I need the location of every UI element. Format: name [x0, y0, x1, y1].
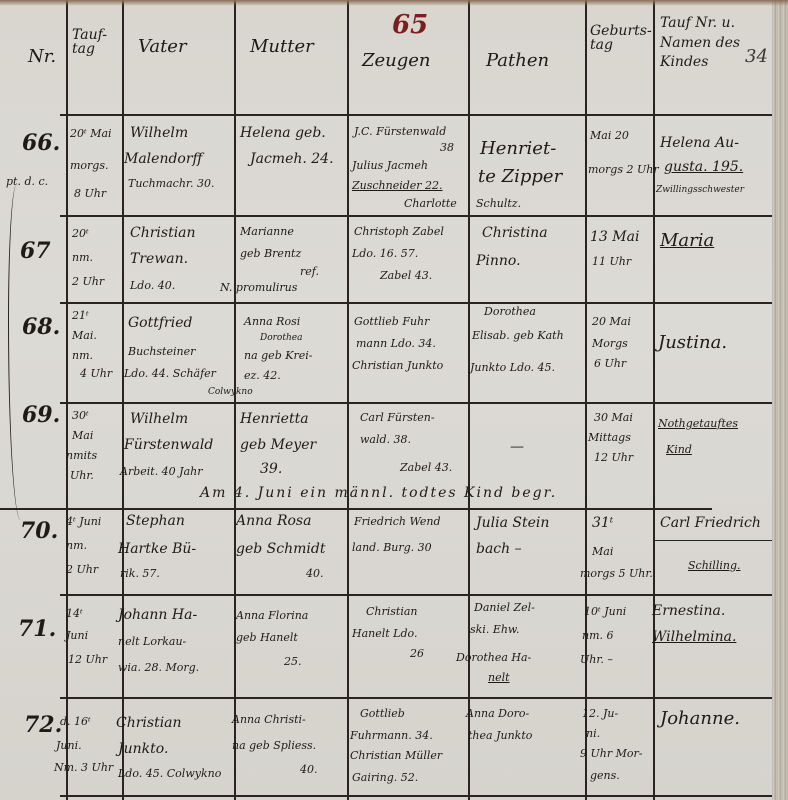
page-number: 65	[392, 12, 428, 38]
row-68-geburt-3: 6 Uhr	[594, 358, 626, 369]
row-69-geburt-1: 30 Mai	[594, 412, 633, 423]
row-70-geburt-2: Mai	[592, 546, 613, 557]
row-67-nr: 67	[20, 240, 51, 262]
row-68-vater-3: Ldo. 44. Schäfer	[124, 368, 216, 379]
row-69-vater-2: Fürstenwald	[124, 438, 213, 452]
row-70-pathen-2: bach –	[476, 542, 522, 556]
row-70-zeugen-1: Friedrich Wend	[354, 516, 441, 527]
row-67-zeugen-1: Christoph Zabel	[354, 226, 444, 237]
row-72-mutter-3: 40.	[300, 764, 318, 775]
row-72-pathen-2: thea Junkto	[468, 730, 532, 741]
book-page-edge	[772, 0, 788, 800]
row-72-zeugen-2: Fuhrmann. 34.	[350, 730, 433, 741]
margin-bracket	[8, 185, 29, 520]
row-72-name: Johanne.	[660, 710, 740, 728]
row-71-mutter-2: geb Hanelt	[236, 632, 298, 643]
row-71-geburt-1: 10ᵗ Juni	[584, 606, 626, 617]
row-72-zeugen-1: Gottlieb	[360, 708, 405, 719]
column-rule-nr-taufe	[66, 0, 68, 800]
row-67-vater-2: Trewan.	[130, 252, 188, 266]
row-66-pathen-3: Schultz.	[476, 198, 521, 209]
row-68-mutter-1: Anna Rosi	[244, 316, 300, 327]
row-72-vater-1: Christian	[116, 716, 182, 730]
row-66-vater-3: Tuchmachr. 30.	[128, 178, 214, 189]
row-67-pathen-1: Christina	[482, 226, 548, 240]
row-68-name: Justina.	[658, 334, 727, 352]
row-66-nr: 66.	[22, 132, 60, 154]
row-67-geburt-2: 11 Uhr	[592, 256, 631, 267]
row-66-mutter-2: Jacmeh. 24.	[250, 152, 334, 166]
row-71-name-1: Ernestina.	[652, 604, 725, 618]
row-71-taufe-1: 14ᵗ	[66, 608, 83, 619]
row-72-vater-2: Junkto.	[118, 742, 168, 756]
row-66-zeugen-1: J.C. Fürstenwald	[354, 126, 446, 137]
row-72-mutter-1: Anna Christi-	[232, 714, 306, 725]
row-69-mutter-1: Henrietta	[240, 412, 309, 426]
row-70-name-1: Carl Friedrich	[660, 516, 761, 530]
row-66-zeugen-3: Julius Jacmeh	[352, 160, 428, 171]
row-68-vater-2: Buchsteiner	[128, 346, 195, 357]
row-69-zeugen-2: wald. 38.	[360, 434, 411, 445]
row-69-taufe-2: Mai	[72, 430, 93, 441]
row-68-geburt-2: Morgs	[592, 338, 628, 349]
row-68-zeugen-1: Gottlieb Fuhr	[354, 316, 429, 327]
row-68-taufe-1: 21ᵗ	[72, 310, 89, 321]
row-67-name: Maria	[660, 232, 714, 250]
row-72-geburt-4: gens.	[590, 770, 620, 781]
row-70-taufe-3: 2 Uhr	[66, 564, 98, 575]
row-71-pathen-2: ski. Ehw.	[470, 624, 520, 635]
row-72-geburt-3: 9 Uhr Mor-	[580, 748, 642, 759]
header-zeugen: Zeugen	[362, 52, 431, 70]
row-71-pathen-4: nelt	[488, 672, 510, 683]
row-71-mutter-1: Anna Florina	[236, 610, 308, 621]
row-66-name-1: Helena Au-	[660, 136, 739, 150]
row-70-vater-1: Stephan	[126, 514, 185, 528]
row-69-name-1: Nothgetauftes	[658, 418, 738, 429]
row-66-taufe-1: 20ᵗ Mai	[70, 128, 112, 139]
row-71-vater-1: Johann Ha-	[118, 608, 197, 622]
row-66-zeugen-5: Charlotte	[404, 198, 457, 209]
top-binding-shadow	[0, 0, 788, 6]
row-72-taufe-1: d. 16ᵗ	[60, 716, 91, 727]
column-rule-taufe-vater	[122, 0, 124, 800]
row-70-zeugen-2: land. Burg. 30	[352, 542, 432, 553]
header-nr: Nr.	[28, 48, 56, 66]
row-68-mutter-2: Dorothea	[260, 334, 302, 343]
row-66-taufe-2: morgs.	[70, 160, 109, 171]
row-68-vater-1: Gottfried	[128, 316, 192, 330]
column-rule-mutter-zeugen	[347, 0, 349, 800]
row-67-vater-1: Christian	[130, 226, 196, 240]
row-67-mutter-3: ref.	[300, 266, 319, 277]
row-68-zeugen-3: Christian Junkto	[352, 360, 443, 371]
row-70-geburt-3: morgs 5 Uhr.	[580, 568, 653, 579]
row-66-zeugen-4: Zuschneider 22.	[352, 180, 443, 191]
row-68-pathen-3: Junkto Ldo. 45.	[470, 362, 555, 373]
register-page: Nr. Tauf-tag Vater Mutter 65 Zeugen Path…	[0, 0, 772, 800]
row-69-taufe-1: 30ᵗ	[72, 410, 89, 421]
row-70-name-2: Schilling.	[688, 560, 740, 571]
row-66-name-2: gusta. 195.	[664, 160, 743, 174]
row-70-mutter-1: Anna Rosa	[236, 514, 311, 528]
row-68-nr: 68.	[22, 316, 60, 338]
row-72-zeugen-4: Gairing. 52.	[352, 772, 418, 783]
row-70-mutter-3: 40.	[306, 568, 324, 579]
row-66-pathen-2: te Zipper	[478, 168, 562, 186]
row-72-taufe-3: Nm. 3 Uhr	[54, 762, 113, 773]
row-66-pathen-1: Henriet-	[480, 140, 556, 158]
row-72-geburt-1: 12. Ju-	[582, 708, 618, 719]
row-69-pathen: —	[510, 440, 524, 454]
header-pathen: Pathen	[486, 52, 549, 70]
row-66-mutter-1: Helena geb.	[240, 126, 326, 140]
header-taufe: Tauf-tag	[72, 28, 118, 56]
row-72-pathen-1: Anna Doro-	[466, 708, 529, 719]
row-71-mutter-3: 25.	[284, 656, 302, 667]
row-67-taufe-1: 20ᵗ	[72, 228, 89, 239]
row-70-taufe-2: nm.	[66, 540, 87, 551]
row-68-taufe-3: nm.	[72, 350, 93, 361]
row-71-nr: 71.	[18, 618, 56, 640]
row-71-zeugen-1: Christian	[366, 606, 418, 617]
row-71-vater-2: nelt Lorkau-	[118, 636, 186, 647]
row-67-zeugen-3: Zabel 43.	[380, 270, 432, 281]
row-71-taufe-2: Juni	[66, 630, 88, 641]
row-72-geburt-2: ni.	[586, 728, 600, 739]
row-67-pathen-2: Pinno.	[476, 254, 521, 268]
column-rule-geburt-name	[653, 0, 655, 800]
margin-note-66: pt. d. c.	[6, 176, 48, 187]
row-67-vater-3: Ldo. 40.	[130, 280, 175, 291]
row-67-mutter-1: Marianne	[240, 226, 294, 237]
row-66-geburt-1: Mai 20	[590, 130, 629, 141]
row-69-mutter-3: 39.	[260, 462, 282, 476]
row-72-taufe-2: Juni.	[56, 740, 82, 751]
row-69-taufe-3: nmits	[66, 450, 97, 461]
row-69-vater-3: Arbeit. 40 Jahr	[120, 466, 203, 477]
row-66-taufe-3: 8 Uhr	[74, 188, 106, 199]
row-68-zeugen-2: mann Ldo. 34.	[356, 338, 436, 349]
row-67-geburt-1: 13 Mai	[590, 230, 639, 244]
row-71-pathen-3: Dorothea Ha-	[456, 652, 531, 663]
header-geburtstag: Geburts-tag	[590, 24, 650, 52]
row-rule-69	[0, 508, 712, 510]
row-72-mutter-2: na geb Spliess.	[232, 740, 316, 751]
row-70-pathen-1: Julia Stein	[476, 516, 549, 530]
row-69-name-2: Kind	[666, 444, 692, 455]
row-71-zeugen-3: 26	[410, 648, 424, 659]
row-66-vater-2: Malendorff	[124, 152, 202, 166]
row-70-vater-3: rik. 57.	[120, 568, 160, 579]
row-71-zeugen-2: Hanelt Ldo.	[352, 628, 417, 639]
row-70-vater-2: Hartke Bü-	[118, 542, 196, 556]
row-67-taufe-3: 2 Uhr	[72, 276, 104, 287]
row-68-taufe-2: Mai.	[72, 330, 97, 341]
row-68-taufe-4: 4 Uhr	[80, 368, 112, 379]
row-67-zeugen-2: Ldo. 16. 57.	[352, 248, 418, 259]
row-rule-70	[60, 594, 772, 596]
row-69-geburt-2: Mittags	[588, 432, 631, 443]
row-66-vater-1: Wilhelm	[130, 126, 188, 140]
column-rule-pathen-geburt	[585, 0, 587, 800]
name-subrule-70	[653, 540, 772, 541]
row-69-footnote: Am 4. Juni ein männl. todtes Kind begr.	[200, 486, 557, 500]
row-69-zeugen-1: Carl Fürsten-	[360, 412, 435, 423]
row-68-geburt-1: 20 Mai	[592, 316, 631, 327]
row-72-zeugen-3: Christian Müller	[350, 750, 442, 761]
row-rule-header	[60, 114, 772, 116]
row-71-geburt-2: nm. 6	[582, 630, 614, 641]
row-rule-68	[60, 402, 772, 404]
row-69-zeugen-3: Zabel 43.	[400, 462, 452, 473]
row-71-geburt-3: Uhr. –	[580, 654, 613, 665]
row-66-geburt-2: morgs 2 Uhr	[588, 164, 659, 175]
row-68-mutter-4: ez. 42.	[244, 370, 281, 381]
row-69-geburt-3: 12 Uhr	[594, 452, 633, 463]
row-68-mutter-3: na geb Krei-	[244, 350, 312, 361]
row-67-mutter-2: geb Brentz	[240, 248, 301, 259]
row-70-geburt-1: 31ᵗ	[592, 516, 613, 530]
row-69-vater-1: Wilhelm	[130, 412, 188, 426]
row-71-pathen-1: Daniel Zel-	[474, 602, 535, 613]
row-70-taufe-1: 4ᵗ Juni	[66, 516, 101, 527]
row-69-nr: 69.	[22, 404, 60, 426]
row-68-pathen-2: Elisab. geb Kath	[472, 330, 564, 341]
row-72-nr: 72.	[24, 714, 62, 736]
row-66-zeugen-2: 38	[440, 142, 454, 153]
row-68-vater-note: Colwykno	[208, 388, 253, 397]
row-67-vater-note: N. promulirus	[220, 282, 297, 293]
header-mutter: Mutter	[250, 38, 314, 56]
row-71-vater-3: wia. 28. Morg.	[118, 662, 199, 673]
row-66-name-3: Zwillingsschwester	[656, 186, 744, 195]
row-69-mutter-2: geb Meyer	[240, 438, 316, 452]
row-72-vater-3: Ldo. 45. Colwykno	[118, 768, 221, 779]
row-rule-66	[60, 215, 772, 217]
row-67-taufe-2: nm.	[72, 252, 93, 263]
row-rule-67	[60, 302, 772, 304]
row-68-pathen-1: Dorothea	[484, 306, 536, 317]
row-69-taufe-4: Uhr.	[70, 470, 94, 481]
row-rule-71	[60, 697, 772, 699]
row-rule-72	[60, 795, 772, 797]
row-70-nr: 70.	[20, 520, 58, 542]
row-70-mutter-2: geb Schmidt	[236, 542, 325, 556]
header-vater: Vater	[138, 38, 187, 56]
column-rule-vater-mutter	[234, 0, 236, 800]
row-71-name-2: Wilhelmina.	[652, 630, 736, 644]
corner-note: 34	[745, 48, 768, 66]
row-71-taufe-3: 12 Uhr	[68, 654, 107, 665]
column-rule-zeugen-pathen	[468, 0, 470, 800]
